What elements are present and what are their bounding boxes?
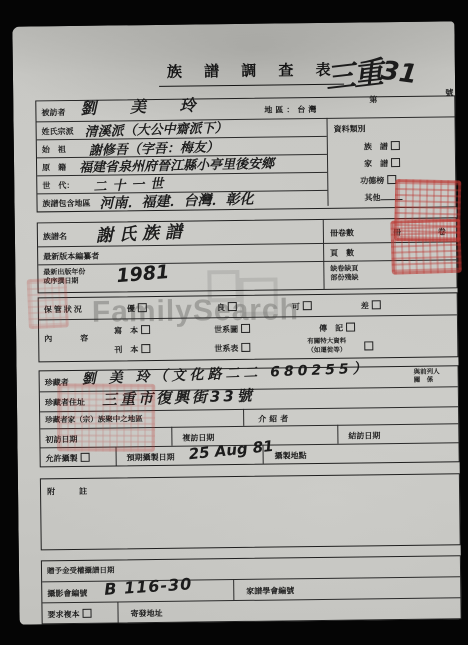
content-printed: 刊 本: [114, 344, 150, 355]
row-copy-request: 要求複本 寄發地址: [42, 597, 460, 623]
events-checkbox: [364, 341, 373, 350]
section-notes: 附 註: [40, 473, 461, 550]
grant-date-label: 贈予金受權攝譜日期: [47, 567, 115, 576]
document-scan: FamilySearch 族 譜 調 查 表 三重 第 31 號 被訪者 劉 美…: [0, 0, 468, 645]
lineage-chart-checkbox: [241, 324, 250, 333]
notes-label: 附 註: [47, 486, 95, 498]
content-lineage-table-label: 世系表: [214, 344, 238, 353]
interviewee-label: 被訪者: [41, 107, 65, 118]
copy-request-label: 要求複本: [47, 609, 91, 621]
good-checkbox: [228, 302, 237, 311]
year-handwritten: 1981: [116, 261, 171, 287]
content-biography-label: 傳 記: [319, 324, 343, 333]
biography-checkbox: [346, 323, 355, 332]
condition-excellent-label: 優: [127, 304, 135, 313]
film-number-label: 攝影會編號: [47, 588, 87, 599]
content-events-line1: 有關特大資料: [307, 338, 346, 347]
film-number-divider: [233, 579, 234, 600]
category-option-zupu: 族 譜: [364, 141, 400, 152]
batch-handwritten: 三重: [323, 47, 384, 97]
content-manuscript-label: 寫 本: [114, 326, 138, 335]
generations-label: 世 代：: [42, 180, 74, 191]
society-number-label: 家譜學會編號: [246, 585, 294, 597]
visit-divider-1: [171, 427, 172, 446]
category-option-merit: 功德榜: [360, 175, 396, 186]
book-name-handwritten: 謝氏族譜: [95, 217, 188, 246]
content-manuscript: 寫 本: [114, 325, 150, 336]
ancestral-home-label: 原 籍: [42, 162, 66, 173]
pages-label: 頁 數: [330, 248, 354, 259]
excellent-checkbox: [138, 303, 147, 312]
book-name-label: 族譜名: [43, 231, 67, 242]
relation-label-line2: 關 係: [414, 377, 434, 386]
filming-permit-text: 允許攝製: [46, 454, 78, 463]
row-covered-areas: 族譜包含地區 河南．福建．台灣．彰化: [37, 190, 327, 212]
section-office: 贈予金受權攝譜日期 攝影會編號 B 116-30 家譜學會編號 要求複本 寄發地…: [41, 555, 462, 624]
category-option-jiapu: 家 譜: [364, 158, 400, 169]
category-other-label: 其他: [364, 193, 380, 202]
red-seal-stamp-lower: [390, 219, 462, 275]
manuscript-checkbox: [141, 325, 150, 334]
content-printed-label: 刊 本: [114, 345, 138, 354]
printed-checkbox: [141, 344, 150, 353]
visit-divider-2: [337, 425, 338, 444]
red-seal-stamp-margin: [27, 277, 69, 329]
category-title: 資料類別: [334, 123, 366, 134]
condition-fair-label: 可: [292, 302, 300, 311]
content-biography: 傳 記: [319, 323, 355, 334]
content-lineage-chart-label: 世系圖: [214, 325, 238, 334]
filming-permit-label: 允許攝製: [46, 453, 90, 465]
volumes-label: 冊卷數: [330, 228, 354, 239]
condition-good-label: 良: [217, 303, 225, 312]
row-content: 內 容 寫 本 世系圖 傳 記 刊 本 世系表 有關特大資料 （如遷徙等）: [39, 314, 457, 361]
red-seal-stamp-faint: [57, 383, 155, 452]
jiapu-checkbox: [391, 158, 400, 167]
introducer-label: 介紹者: [258, 413, 291, 424]
fair-checkbox: [303, 301, 312, 310]
content-lineage-table: 世系表: [214, 343, 250, 354]
permit-checkbox: [81, 453, 90, 462]
second-visit-label: 複訪日期: [182, 432, 214, 443]
form-title: 族 譜 調 查 表: [159, 59, 344, 87]
filming-place-label: 攝製地點: [275, 450, 307, 461]
lineage-table-checkbox: [241, 343, 250, 352]
first-ancestor-label: 始 祖: [42, 144, 66, 155]
poor-checkbox: [372, 300, 381, 309]
missing-label-line1: 缺卷缺頁: [330, 266, 358, 275]
surname-branch-label: 姓氏宗派: [42, 126, 74, 137]
number-handwritten: 31: [379, 56, 419, 90]
covered-areas-label: 族譜包含地區: [42, 198, 90, 210]
copy-divider: [117, 601, 118, 622]
content-events-line2: （如遷徙等）: [307, 347, 346, 356]
condition-good: 良: [217, 302, 237, 313]
copy-request-text: 要求複本: [47, 610, 79, 619]
filming-divider-2: [262, 445, 263, 464]
category-option-jiapu-label: 家 譜: [364, 159, 388, 168]
condition-poor-label: 差: [361, 301, 369, 310]
scanned-form-paper: FamilySearch 族 譜 調 查 表 三重 第 31 號 被訪者 劉 美…: [12, 21, 461, 624]
content-label: 內 容: [44, 333, 98, 345]
clan-area-divider: [243, 409, 244, 426]
final-visit-label: 結訪日期: [348, 430, 380, 441]
year-label-line1: 最新出版年份: [43, 269, 85, 278]
category-option-zupu-label: 族 譜: [364, 142, 388, 151]
condition-fair: 可: [292, 301, 312, 312]
content-lineage-chart: 世系圖: [214, 324, 250, 335]
condition-poor: 差: [361, 300, 381, 311]
missing-label-line2: 部份殘缺: [330, 275, 358, 284]
condition-excellent: 優: [127, 303, 147, 314]
copy-checkbox: [82, 609, 91, 618]
region-label: 地區：台灣: [264, 104, 319, 116]
mail-address-label: 寄發地址: [130, 608, 162, 619]
category-option-merit-label: 功德榜: [360, 176, 384, 185]
editor-label: 最新版本編纂者: [43, 251, 99, 263]
covered-areas-handwritten: 河南．福建．台灣．彰化: [99, 188, 254, 213]
zupu-checkbox: [391, 141, 400, 150]
filming-date-label: 預期攝製日期: [127, 452, 175, 464]
interviewee-name-handwritten: 劉 美 玲: [80, 92, 210, 119]
section-condition: 保管狀況 優 良 可 差 內 容 寫 本 世系圖 傳 記 刊 本 世系表 有關特…: [38, 292, 459, 362]
section-interviewee: 被訪者 劉 美 玲 地區：台灣 姓氏宗派 清溪派（大公中齋派下） 始 祖 謝修吾…: [35, 95, 456, 212]
